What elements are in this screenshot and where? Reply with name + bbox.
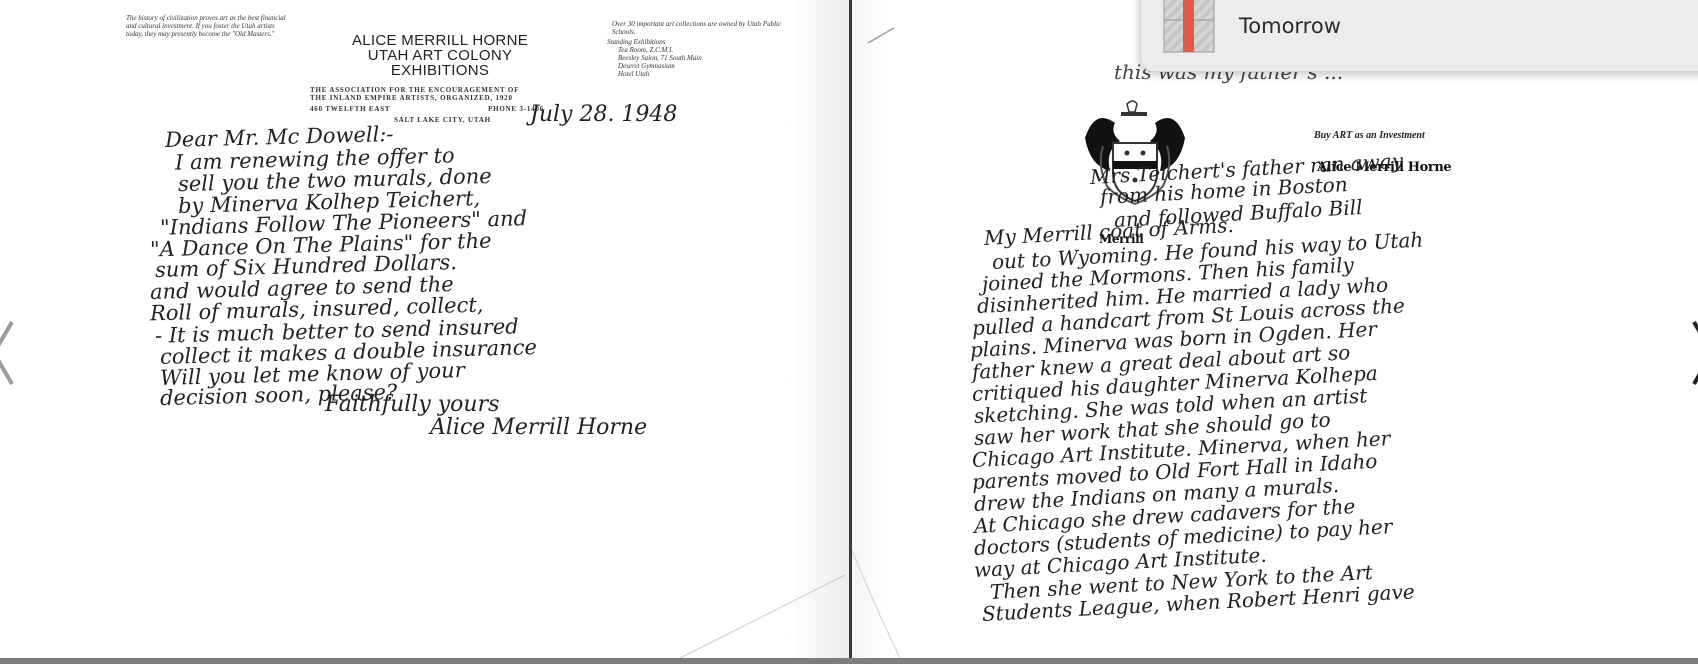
viewer-bottom-edge xyxy=(0,658,1698,664)
exhibition-item: Tea Room, Z.C.M.I. xyxy=(618,46,673,54)
letterhead-tagline: Buy ART as an Investment xyxy=(1314,130,1425,141)
letterhead-city: SALT LAKE CITY, UTAH xyxy=(394,116,491,124)
page-crease xyxy=(852,540,902,660)
letterhead-title-2: UTAH ART COLONY xyxy=(320,48,560,63)
popup-item-label: Tomorrow xyxy=(1239,14,1341,38)
association-line-2: THE INLAND EMPIRE ARTISTS, ORGANIZED, 19… xyxy=(310,94,513,102)
collections-note: Over 30 important art collections are ow… xyxy=(612,20,782,36)
letter-signature: Alice Merrill Horne xyxy=(430,415,647,440)
letterhead-quote: The history of civilization proves art a… xyxy=(126,14,291,38)
popup-item-tomorrow[interactable]: Tomorrow xyxy=(1163,6,1341,46)
next-page-button[interactable] xyxy=(1688,318,1698,388)
letterhead-title-3: EXHIBITIONS xyxy=(320,63,560,78)
gift-icon xyxy=(1163,0,1215,54)
letter-closing: Faithfully yours xyxy=(325,392,499,417)
standing-exhibitions-title: Standing Exhibitions xyxy=(607,38,666,46)
previous-page-button[interactable] xyxy=(0,318,18,388)
exhibition-item: Hotel Utah xyxy=(618,70,649,78)
exhibition-item: Deseret Gymnasium xyxy=(618,62,675,70)
page-crease xyxy=(680,570,849,660)
reminder-popup: Tomorrow xyxy=(1140,0,1698,72)
letterhead-title-1: ALICE MERRILL HORNE xyxy=(320,33,560,48)
association-line-1: THE ASSOCIATION FOR THE ENCOURAGEMENT OF xyxy=(310,86,519,94)
chevron-right-icon xyxy=(1688,318,1698,388)
document-viewer: The history of civilization proves art a… xyxy=(0,0,1698,660)
letterhead-address: 460 TWELFTH EAST xyxy=(310,105,390,113)
chevron-left-icon xyxy=(0,318,18,388)
left-page: The history of civilization proves art a… xyxy=(0,0,849,660)
letter-date: July 28. 1948 xyxy=(530,102,677,127)
right-page: this was my father's ... Merrill Buy ART… xyxy=(852,0,1698,660)
exhibition-item: Beesley Salon, 71 South Main xyxy=(618,54,702,62)
page-crease xyxy=(866,25,896,45)
